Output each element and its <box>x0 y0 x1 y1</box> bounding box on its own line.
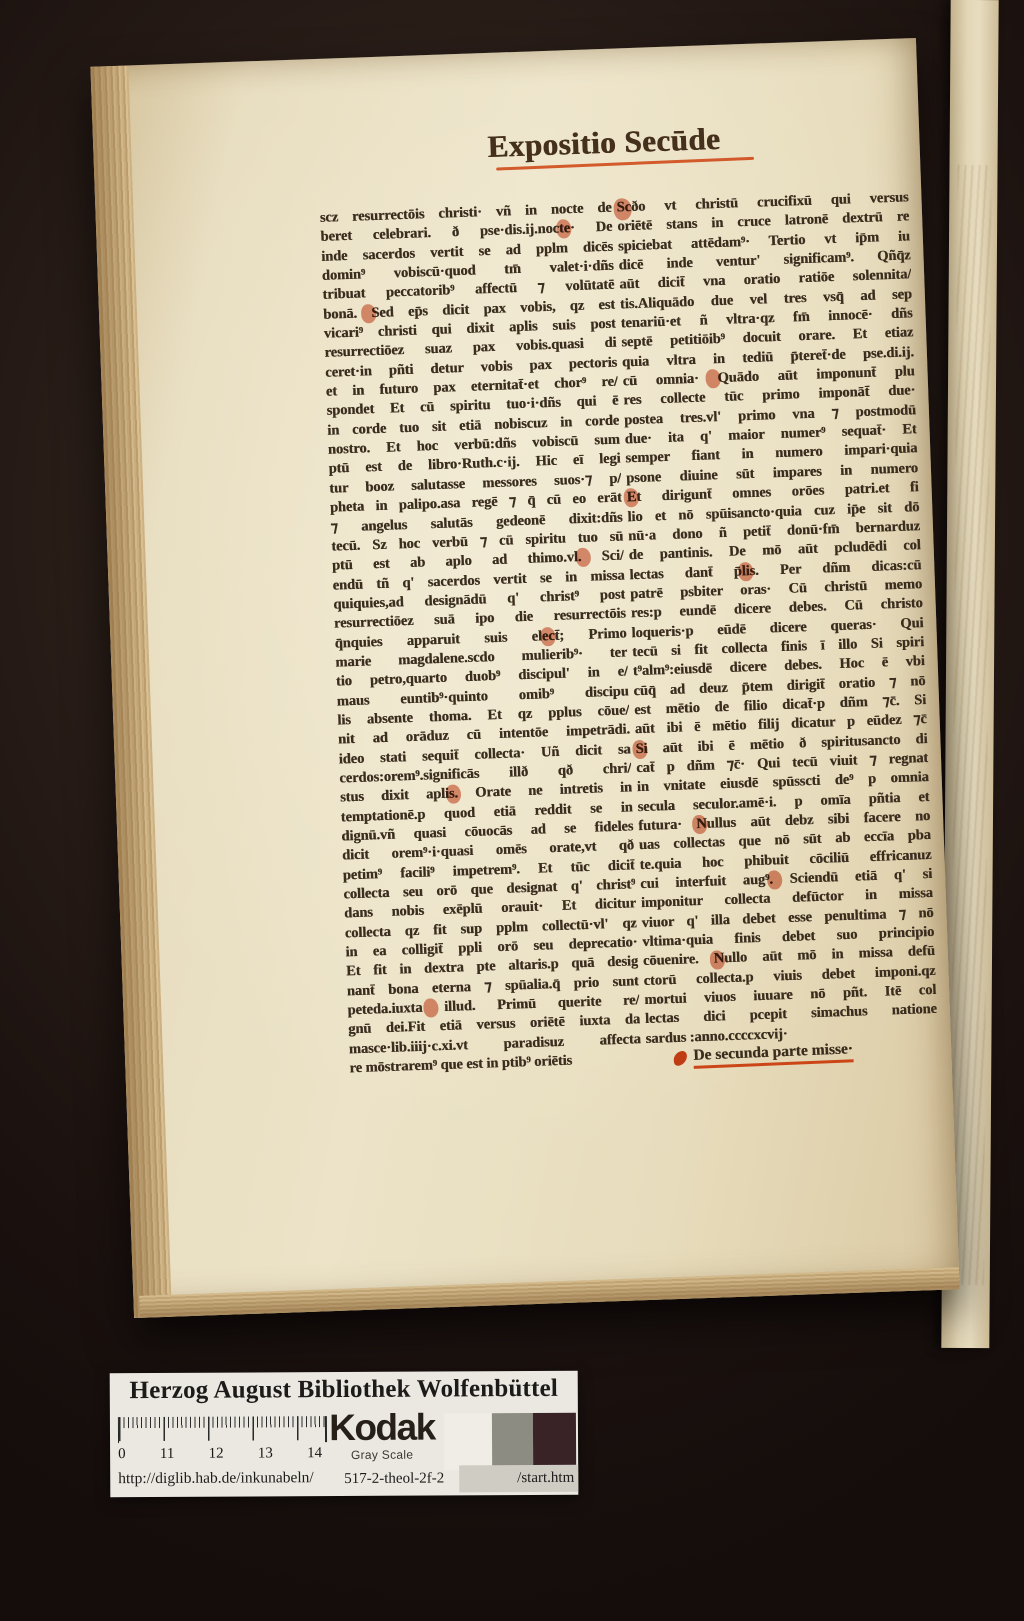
grayscale-patches <box>444 1413 576 1471</box>
measurement-ruler: 011121314 <box>118 1416 332 1463</box>
pilcrow-icon <box>673 1049 688 1067</box>
rubric-mark <box>738 562 754 582</box>
shelfmark: 517-2-theol-2f-2 <box>344 1470 444 1488</box>
grayscale-brand-block: Kodak Gray Scale <box>318 1409 446 1462</box>
grayscale-patch-dark <box>533 1413 576 1470</box>
ruler-numbers: 011121314 <box>118 1445 322 1463</box>
text-column-left: scz resurrectōis christi· vñ in nocte de… <box>320 199 642 1079</box>
ruler-number: 11 <box>160 1446 175 1463</box>
rubric-mark <box>575 548 591 568</box>
rubric-mark <box>623 488 639 508</box>
rubric-mark <box>423 998 439 1018</box>
grayscale-patch-gray <box>492 1413 533 1470</box>
start-page-text: /start.htm <box>517 1470 578 1487</box>
institution-name: Herzog August Bibliothek Wolfenbüttel <box>110 1375 578 1405</box>
rubric-mark <box>556 219 572 239</box>
rubric-mark <box>767 870 783 890</box>
grayscale-patch-white <box>444 1413 492 1470</box>
brand-name: Kodak <box>318 1409 446 1446</box>
page-title: Expositio Secūde <box>487 121 721 165</box>
leaf-edges-bottom <box>139 1267 959 1318</box>
library-label-card: Herzog August Bibliothek Wolfenbüttel 01… <box>110 1371 579 1497</box>
rubric-mark <box>446 784 462 804</box>
text-column-right: Scðo vt christū crucifixū qui versusoriē… <box>616 188 938 1049</box>
rubric-mark <box>632 740 648 760</box>
facing-page-text-showthrough <box>950 165 992 1285</box>
rubric-mark <box>705 369 721 389</box>
rubric-mark <box>613 198 632 221</box>
rubric-mark <box>692 815 708 835</box>
digitization-url: http://diglib.hab.de/inkunabeln/ <box>118 1469 314 1488</box>
rubric-mark <box>710 950 726 970</box>
ruler-ticks <box>118 1416 327 1443</box>
photographed-book-scene: Expositio Secūde scz resurrectōis christ… <box>0 0 1024 1621</box>
rubric-mark <box>540 627 556 647</box>
ruler-number: 0 <box>118 1446 126 1463</box>
rubric-mark <box>361 304 377 324</box>
book-page: Expositio Secūde scz resurrectōis christ… <box>90 38 959 1318</box>
ruler-number: 12 <box>209 1446 224 1463</box>
leaf-edges-left <box>90 65 172 1318</box>
start-page-chip: /start.htm <box>459 1465 578 1493</box>
ruler-number: 13 <box>258 1445 273 1462</box>
closing-text: De secunda parte misse· <box>693 1040 854 1069</box>
brand-caption: Gray Scale <box>318 1447 446 1462</box>
